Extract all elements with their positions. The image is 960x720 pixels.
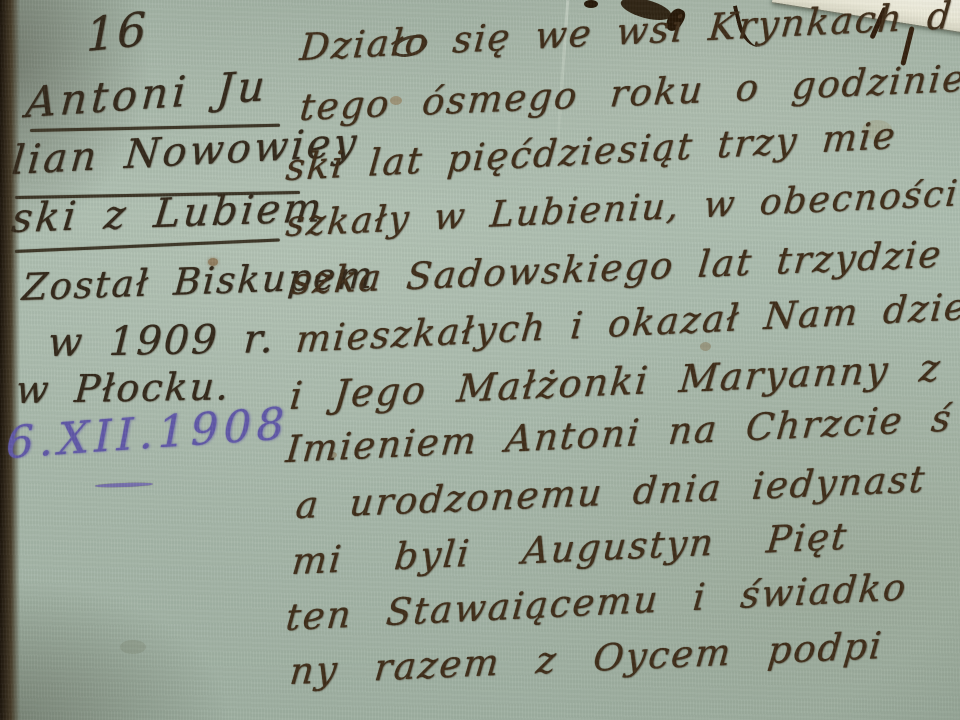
margin-name-line: ski z Lubiem — [10, 185, 327, 242]
margin-name-line: Antoni Ju — [24, 61, 270, 127]
record-number: 16 — [86, 1, 148, 62]
paper-stain — [120, 640, 146, 654]
register-page-photo: 16 Antoni Ju lian Nowowiey ski z Lubiem … — [0, 0, 960, 720]
ink-underline — [15, 238, 280, 253]
ink-stroke-remnant — [584, 0, 598, 8]
margin-note-line: w 1909 r. — [47, 316, 276, 366]
pencil-underline — [95, 482, 153, 488]
book-binding-edge — [0, 0, 20, 720]
paper-stain — [700, 342, 711, 351]
body-text-line: Działo się we wsi Krynkach d — [298, 0, 955, 69]
body-text-line: szkały w Lubieniu, w obecności — [284, 173, 960, 245]
